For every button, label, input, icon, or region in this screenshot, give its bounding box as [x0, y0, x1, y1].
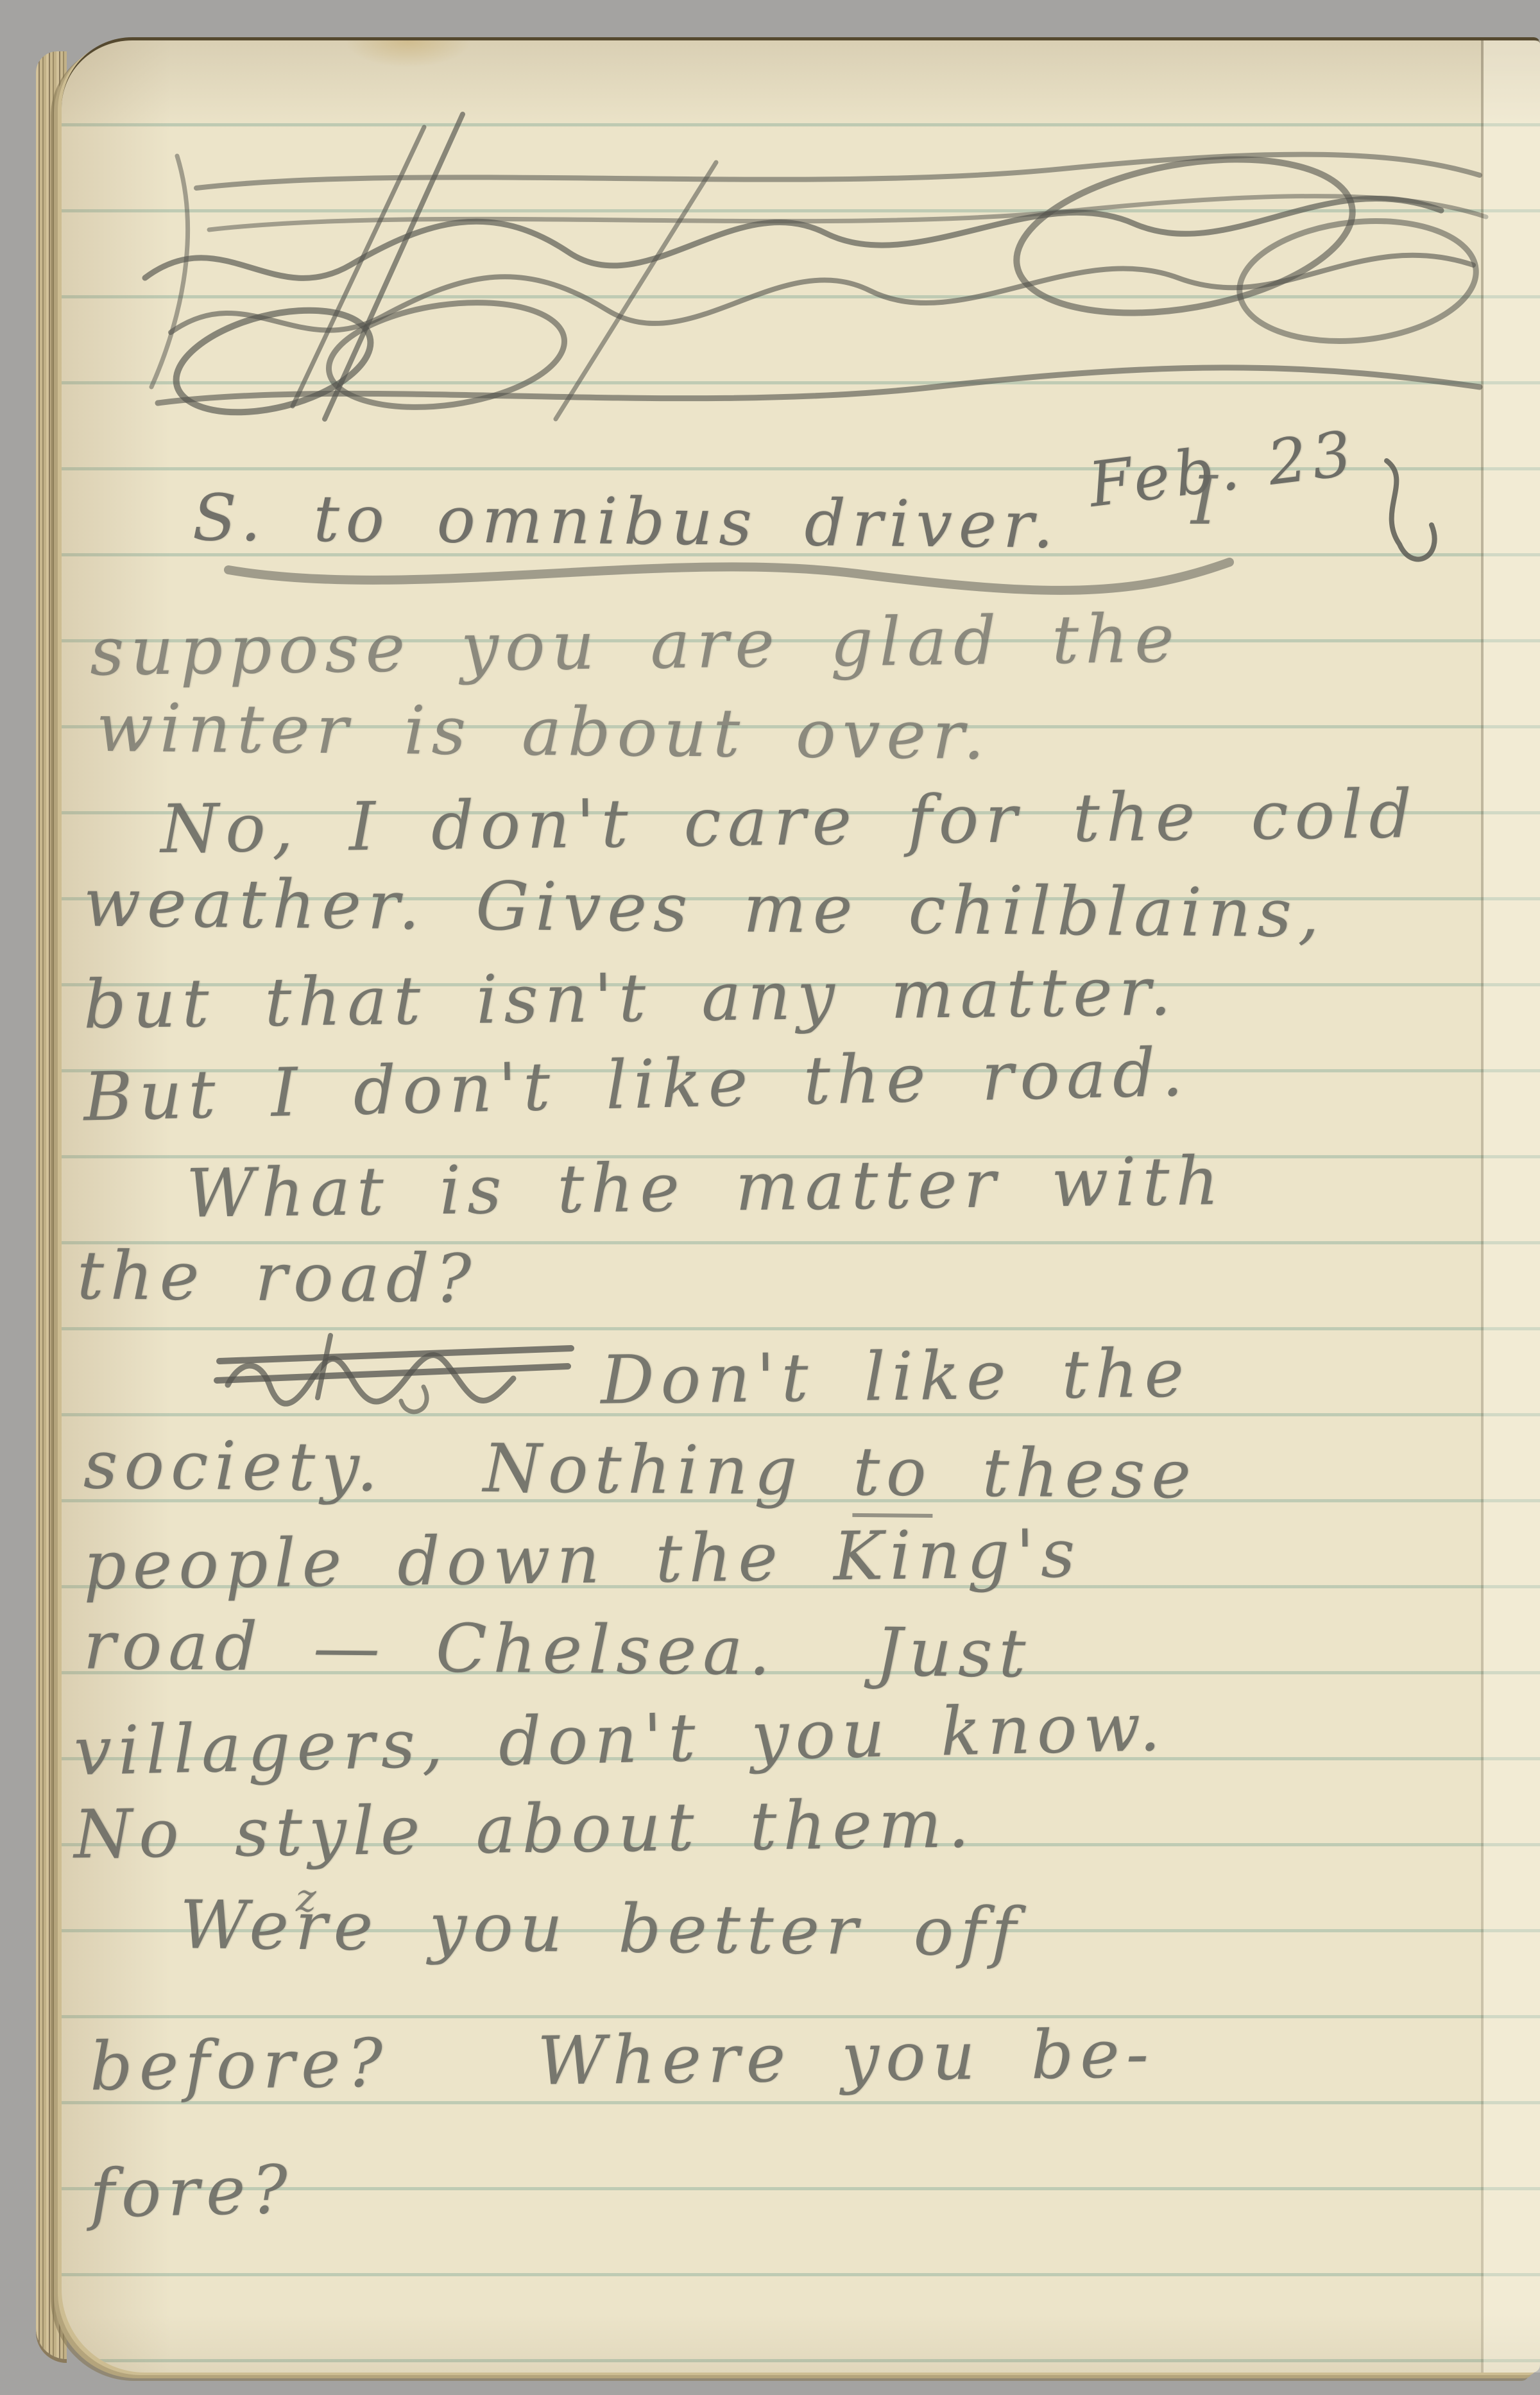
handwritten-line: people down the King's	[83, 1520, 1081, 1599]
handwritten-line: winter is about over.	[96, 694, 991, 769]
notebook-page: Feb. 23 S. to omnibus driver. I suppose …	[62, 37, 1540, 2373]
handwritten-line: No, I don't care for the cold	[160, 780, 1418, 863]
handwritten-line: villagers, don't you know.	[73, 1694, 1167, 1785]
handwritten-line: weather. Gives me chilblains,	[83, 870, 1326, 947]
handwritten-line: Don't like the	[600, 1339, 1190, 1413]
underlined-word-to: to	[853, 1432, 934, 1518]
handwritten-line: What is the matter with	[185, 1147, 1226, 1227]
handwritten-line: but that isn't any matter.	[83, 958, 1177, 1038]
handwritten-line: Were you better off	[180, 1891, 1023, 1965]
handwritten-line: No style about them.	[73, 1790, 976, 1867]
handwritten-line: before? Where you be-	[89, 2020, 1155, 2100]
handwritten-line: road — Chelsea. Just	[83, 1612, 1032, 1687]
handwritten-line: But I don't like the road.	[83, 1038, 1190, 1130]
line-text-post: these	[932, 1433, 1197, 1514]
handwritten-line: the road?	[77, 1242, 478, 1312]
sentence-start-I: I	[1191, 467, 1224, 534]
scribbled-out-block	[100, 85, 1525, 432]
handwritten-line: society. Nothing to these	[83, 1431, 1198, 1507]
line-text-pre: society. Nothing	[83, 1425, 853, 1510]
handwritten-line: fore?	[89, 2156, 295, 2227]
page-right-margin-strip	[1484, 40, 1540, 2373]
struck-false-start	[212, 1324, 584, 1420]
handwritten-line: suppose you are glad the	[89, 605, 1181, 685]
date-flourish	[1371, 451, 1454, 599]
